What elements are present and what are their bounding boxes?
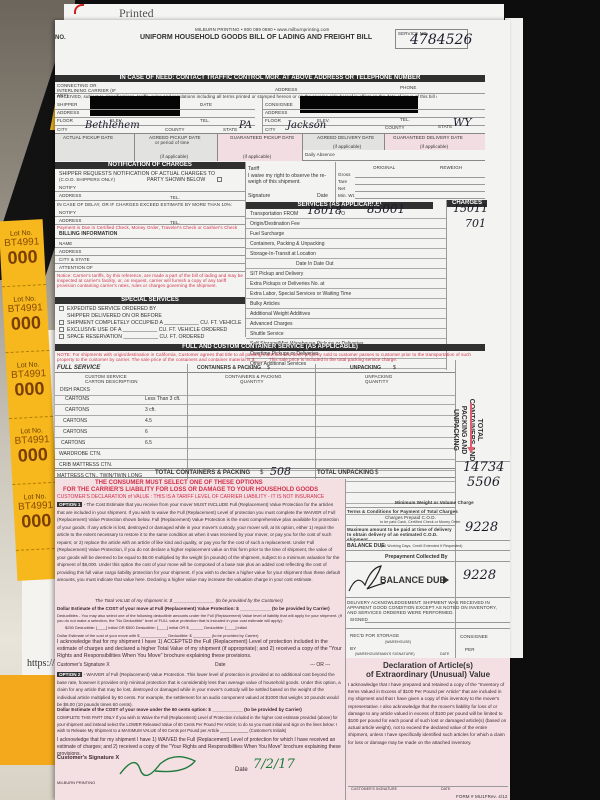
redacted-shipper-name	[90, 96, 180, 116]
order-number-box: SERVICE NO. 4784526	[395, 29, 468, 49]
service-row: Additional Weight Additives	[246, 309, 446, 319]
dates-row: ACTUAL PICKUP DATE AGREED PICKUP DATEor …	[55, 133, 485, 161]
document-title: UNIFORM HOUSEHOLD GOODS BILL OF LADING A…	[140, 34, 372, 41]
lot-ticket: Lot No.BT4991000	[9, 417, 56, 485]
arrow-right-icon	[443, 576, 449, 584]
option2-text: OPTION 2 - WAIVER of Full (Replacement) …	[57, 671, 342, 709]
special-item: EXPEDITED SERVICE ORDERED BY	[59, 306, 156, 312]
lot-ticket: Lot No.BT4991000	[12, 483, 59, 551]
emergency-bar: IN CASE OF NEED: CONTACT TRAFFIC CONTROL…	[55, 75, 485, 82]
red-pen-mark	[74, 4, 84, 14]
payment-note: Payment is Due in Certified Check, Money…	[57, 225, 237, 230]
charge-transportation: 15011	[453, 202, 488, 215]
balance-due-label: BALANCE DUE	[380, 575, 446, 585]
shipper-city: Bethlehem	[85, 120, 140, 131]
transport-from: 18018	[307, 204, 342, 217]
service-row: Fuel Surcharge	[246, 229, 446, 239]
option1-text: OPTION 1 - The Cost Estimate that you re…	[57, 501, 342, 584]
service-row: Date In Date Out	[246, 259, 446, 269]
service-row: Bulky Articles	[246, 299, 446, 309]
lot-ticket: Lot No.BT4991000	[2, 285, 49, 353]
service-row: SIT Pickup and Delivery	[246, 269, 446, 279]
special-item: SHIPPER DELIVERED ON OR BEFORE	[67, 313, 162, 319]
balance-due-amount: 9228	[463, 568, 496, 583]
special-services-header: SPECIAL SERVICES	[55, 297, 245, 304]
container-service-header: FULL AND CUSTOM CONTAINER SERVICE (AS AP…	[55, 344, 485, 351]
lot-ticket: Lot No.BT4991000	[6, 351, 53, 419]
total-charges: 14734	[463, 460, 504, 475]
service-row: Extra Pickups or Deliveries No. at	[246, 279, 446, 289]
service-row: Containers, Packing & Unpacking	[246, 239, 446, 249]
container-row: CARTONS3 cft.	[55, 405, 455, 416]
order-number: 4784526	[410, 32, 472, 48]
tariff-notice: Notice: Carrier's tariffs, by this refer…	[57, 273, 245, 288]
transport-to: 83001	[367, 202, 405, 216]
redacted-consignee-name	[300, 96, 418, 113]
special-item: EXCLUSIVE USE OF A ____________ CU. FT. …	[59, 327, 227, 333]
shipper-state: PA	[239, 120, 252, 131]
notification-header: NOTIFICATION OF CHARGES	[55, 162, 245, 169]
consignee-state: WY	[453, 116, 472, 129]
service-row: Extra Labor, Special Services or Waiting…	[246, 289, 446, 299]
red-arrow-icon	[470, 403, 472, 448]
less-amount: 5506	[467, 475, 500, 490]
bill-of-lading: MILBURN PRINTING • 800 089 0690 • www.mi…	[55, 20, 510, 800]
california-note: NOTE: For shipments with origin/destinat…	[57, 352, 485, 362]
signature-date: 7/2/17	[253, 757, 295, 772]
customer-signature	[115, 749, 205, 779]
lot-ticket: Lot No.BT4991000	[0, 219, 46, 287]
totals-row: TOTAL CONTAINERS & PACKING $ 508 TOTAL U…	[55, 468, 455, 478]
container-row: CARTONS4.5	[55, 416, 455, 427]
container-row: WARDROBE CTN.	[55, 449, 455, 460]
special-item: SPACE RESERVATION ____________ CU. FT. O…	[59, 334, 204, 340]
container-row: CARTONS6	[55, 427, 455, 438]
notify-checkbox[interactable]	[217, 177, 222, 182]
declaration-section: Declaration of Article(s) of Extraordina…	[346, 658, 510, 800]
charge-origin-fee: 701	[465, 217, 486, 230]
service-row: Advanced Charges	[246, 319, 446, 329]
service-row: Shuttle Service	[246, 329, 446, 339]
total-containers-packing: 508	[270, 465, 291, 478]
special-item: SHIPMENT COMPLETELY OCCUPIED A _________…	[59, 320, 241, 326]
container-row: CARTONS6.5	[55, 438, 455, 449]
side-total-label: TOTAL CONTAINERS AND PACKING AND UNPACKI…	[451, 395, 483, 465]
service-row: Storage-In-Transit at Location	[246, 249, 446, 259]
no-label: NO.	[55, 35, 66, 41]
service-row: Transportation FROMTO	[246, 209, 446, 219]
photo-scene: https:// Printed Lot No.BT4991000 Lot No…	[0, 0, 600, 800]
consumer-options-section: THE CONSUMER MUST SELECT ONE OF THESE OP…	[55, 479, 345, 800]
max-cod-amount: 9228	[465, 520, 498, 535]
container-row: CARTONSLess Than 3 cft.	[55, 394, 455, 405]
service-row: Origin/Destination Fee	[246, 219, 446, 229]
printer-line: MILBURN PRINTING • 800 089 0690 • www.mi…	[195, 27, 329, 32]
consignee-city: Jackson	[287, 120, 326, 131]
url-fragment: https://	[27, 658, 55, 669]
back-sheet-text: Printed	[119, 6, 154, 21]
